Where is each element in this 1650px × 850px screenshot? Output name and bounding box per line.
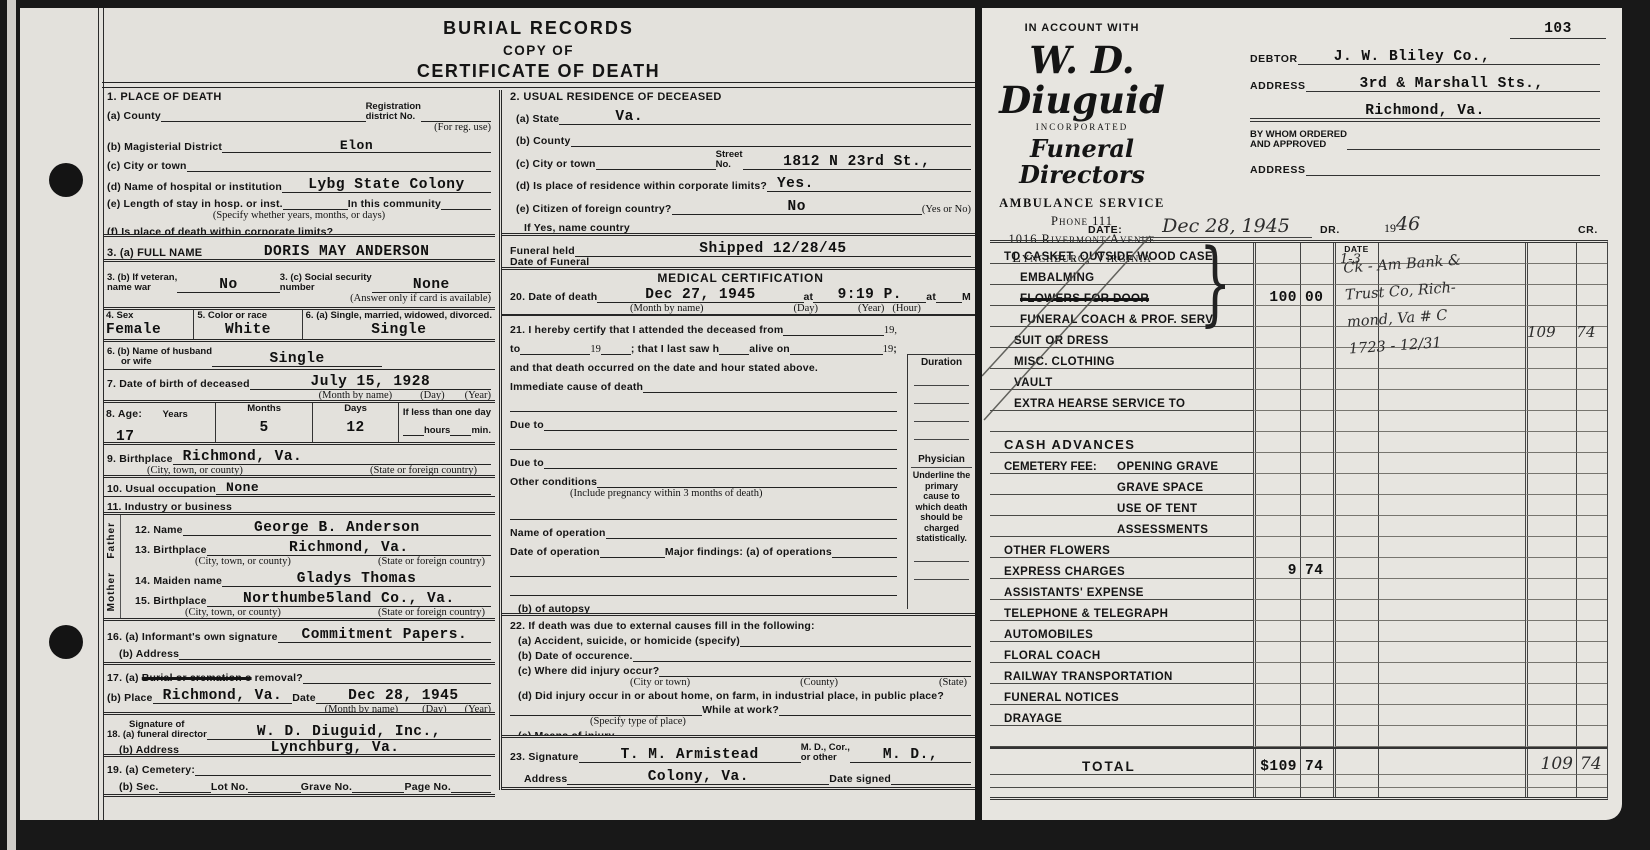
physician-signature-label: 23. Signature bbox=[510, 751, 579, 763]
age-months-value: 5 bbox=[219, 420, 309, 436]
ledger-page-number: 103 bbox=[1510, 18, 1606, 39]
casket-group-brace: } bbox=[1199, 237, 1231, 329]
ledger-table: TO CASKET, OUTSIDE WOOD CASE EMBALMING F… bbox=[990, 240, 1608, 800]
year-stub-3: 19 bbox=[883, 344, 894, 355]
ledger-row bbox=[990, 411, 1607, 432]
physician-sidebar: Duration Physician Underline the primary… bbox=[907, 354, 975, 609]
age-months-label: Months bbox=[219, 404, 309, 414]
death-occurred-label: and that death occurred on the date and … bbox=[510, 362, 818, 374]
date-of-death-label: 20. Date of death bbox=[510, 291, 597, 303]
father-name-value: George B. Anderson bbox=[254, 520, 420, 536]
section-certify: Duration Physician Underline the primary… bbox=[502, 316, 975, 616]
date-of-funeral-label: Date of Funeral bbox=[510, 256, 589, 268]
grave-no-label: Grave No. bbox=[301, 781, 352, 793]
removal-date-label: Date bbox=[292, 692, 316, 704]
ledger-row: AUTOMOBILES bbox=[990, 621, 1607, 642]
certificate-left-column: 1. PLACE OF DEATH (a) County Registratio… bbox=[103, 90, 495, 797]
while-at-work-label: While at work? bbox=[702, 704, 779, 716]
race-value: White bbox=[197, 322, 298, 338]
meridiem-label: M bbox=[962, 291, 971, 303]
occupation-label: 10. Usual occupation bbox=[107, 483, 216, 495]
informant-value: Commitment Papers. bbox=[302, 627, 468, 643]
ledger-row: DRAYAGE bbox=[990, 705, 1607, 726]
comma: , bbox=[894, 325, 897, 336]
state-label: (a) State bbox=[516, 113, 559, 125]
county-label: (a) County bbox=[107, 110, 161, 122]
section-removal: 17. (a) Burial or cremation o removal? (… bbox=[103, 665, 495, 715]
physician-note: Underline the primary cause to which dea… bbox=[911, 470, 972, 544]
informant-label: 16. (a) Informant's own signature bbox=[107, 631, 278, 643]
payment-handwritten-note: Ck - Am Bank & Trust Co, Rich- mond, Va … bbox=[1342, 243, 1539, 364]
alive-on-label: alive on bbox=[749, 343, 790, 355]
due-to-2-label: Due to bbox=[510, 457, 544, 469]
page-no-label: Page No. bbox=[404, 781, 451, 793]
husband-wife-label: 6. (b) Name of husbandor wife bbox=[107, 347, 212, 367]
physician-signature-value: T. M. Armistead bbox=[621, 747, 759, 763]
due-to-1-label: Due to bbox=[510, 419, 544, 431]
removal-label-prefix: 17. (a) bbox=[107, 672, 139, 684]
birthplace-value: Richmond, Va. bbox=[183, 449, 303, 465]
marital-label: 6. (a) Single, married, widowed, divorce… bbox=[306, 311, 492, 321]
ledger-row: RAILWAY TRANSPORTATION bbox=[990, 663, 1607, 684]
sex-cell: 4. Sex Female bbox=[103, 310, 193, 339]
dr-label: DR. bbox=[1320, 224, 1340, 236]
total-dr-cents: 74 bbox=[1305, 759, 1323, 775]
year-stub-1: 19 bbox=[884, 325, 895, 336]
debtor-label: DEBTOR bbox=[1250, 53, 1298, 65]
corporate-limits-label: (f) Is place of death within corporate l… bbox=[107, 226, 333, 237]
age-days-label: Days bbox=[316, 404, 395, 414]
ledger-row: FUNERAL NOTICES bbox=[990, 684, 1607, 705]
section-usual-residence: 2. USUAL RESIDENCE OF DECEASED (a) State… bbox=[502, 90, 975, 236]
hospital-label: (d) Name of hospital or institution bbox=[107, 181, 282, 193]
incorporated-label: INCORPORATED bbox=[984, 122, 1180, 132]
marital-value: Single bbox=[306, 322, 492, 338]
header-double-rule bbox=[102, 82, 975, 88]
mother-maiden-label: 14. Maiden name bbox=[135, 575, 222, 587]
to-label: to bbox=[510, 343, 520, 355]
section-informant: 16. (a) Informant's own signature Commit… bbox=[103, 621, 495, 665]
injury-caption-city: (City or town) bbox=[630, 677, 690, 688]
title-copy-of: COPY OF bbox=[102, 43, 975, 58]
sec-label: (b) Sec. bbox=[119, 781, 159, 793]
section-industry: 11. Industry or business bbox=[103, 497, 495, 515]
ledger-row: CEMETERY FEE:OPENING GRAVE bbox=[990, 453, 1607, 474]
ledger-filler-row bbox=[990, 788, 1607, 797]
parents-side-labels: Father Mother bbox=[103, 515, 121, 618]
section-birthplace: 9. Birthplace Richmond, Va. (City, town,… bbox=[103, 445, 495, 478]
date-label: DATE: bbox=[1088, 224, 1122, 236]
father-birthplace-label: 13. Birthplace bbox=[135, 544, 207, 556]
total-dr-dollars: $109 bbox=[1260, 759, 1297, 775]
date-of-death-value: Dec 27, 1945 bbox=[645, 287, 755, 303]
mother-bp-caption-state: (State or foreign country) bbox=[378, 607, 485, 618]
total-cr-dollars: 109 bbox=[1541, 754, 1573, 774]
ledger-row: EXTRA HEARSE SERVICE TO bbox=[990, 390, 1607, 411]
section-occupation: 10. Usual occupation None bbox=[103, 478, 495, 497]
certify-line1-label: 21. I hereby certify that I attended the… bbox=[510, 324, 783, 336]
res-corporate-limits-label: (d) Is place of residence within corpora… bbox=[516, 180, 767, 192]
removal-caption-month: (Month by name) bbox=[325, 704, 399, 715]
foreign-citizen-label: (e) Citizen of foreign country? bbox=[516, 203, 672, 215]
last-saw-label: ; that I last saw h bbox=[631, 343, 719, 355]
approver-address-label: ADDRESS bbox=[1250, 164, 1306, 176]
at-label-1: at bbox=[804, 291, 814, 303]
section-parents: Father Mother 12. Name George B. Anderso… bbox=[103, 515, 495, 621]
section-external-causes: 22. If death was due to external causes … bbox=[502, 616, 975, 738]
mother-birthplace-value: Northumbe5land Co., Va. bbox=[243, 591, 455, 607]
father-name-label: 12. Name bbox=[135, 524, 183, 536]
physician-address-value: Colony, Va. bbox=[648, 769, 749, 785]
birthplace-label: 9. Birthplace bbox=[107, 453, 173, 465]
for-reg-use-caption: (For reg. use) bbox=[434, 122, 491, 133]
ledger-row: USE OF TENT bbox=[990, 495, 1607, 516]
year-stub-2: 19 bbox=[590, 344, 601, 355]
firm-name-script: W. D. Diuguid bbox=[984, 40, 1180, 120]
removal-struck-text: Burial or cremation o bbox=[142, 672, 252, 684]
payment-cr-dollars: 109 bbox=[1527, 323, 1556, 341]
total-cr-cents: 74 bbox=[1580, 754, 1602, 774]
casket-group-dr-dollars: 100 bbox=[1269, 290, 1297, 306]
accident-label: (a) Accident, suicide, or homicide (spec… bbox=[518, 635, 740, 647]
dob-caption-month: (Month by name) bbox=[319, 390, 393, 402]
in-account-with-label: IN ACCOUNT WITH bbox=[984, 22, 1180, 34]
dob-value: July 15, 1928 bbox=[311, 374, 431, 390]
ledger-row: ASSESSMENTS bbox=[990, 516, 1607, 537]
punch-hole-bottom bbox=[49, 625, 83, 659]
operation-name-label: Name of operation bbox=[510, 527, 606, 539]
hospital-value: Lybg State Colony bbox=[308, 177, 464, 193]
pregnancy-caption: (Include pregnancy within 3 months of de… bbox=[570, 488, 762, 501]
industry-label: 11. Industry or business bbox=[107, 501, 232, 513]
race-label: 5. Color or race bbox=[197, 311, 298, 321]
punch-hole-top bbox=[49, 163, 83, 197]
removal-place-label: (b) Place bbox=[107, 692, 153, 704]
mother-maiden-value: Gladys Thomas bbox=[297, 571, 417, 587]
external-causes-heading: 22. If death was due to external causes … bbox=[510, 620, 815, 632]
express-dr-cents: 74 bbox=[1305, 563, 1323, 579]
section-veteran-ssn: 3. (b) If veteran,name war No 3. (c) Soc… bbox=[103, 262, 495, 310]
major-findings-label: Major findings: (a) of operations bbox=[665, 546, 832, 558]
dod-caption-year: (Year) bbox=[858, 303, 884, 315]
other-conditions-label: Other conditions bbox=[510, 476, 597, 488]
funeral-director-value: W. D. Diuguid, Inc., bbox=[257, 724, 441, 740]
funeral-director-address-value: Lynchburg, Va. bbox=[271, 740, 400, 756]
specify-years-caption: (Specify whether years, months, or days) bbox=[213, 210, 385, 222]
ledger-row: TELEPHONE & TELEGRAPH bbox=[990, 600, 1607, 621]
ssn-caption: (Answer only if card is available) bbox=[350, 293, 491, 306]
total-label: TOTAL bbox=[1082, 759, 1136, 774]
husband-wife-value: Single bbox=[269, 351, 324, 367]
at-label-2: at bbox=[926, 291, 936, 303]
mother-birthplace-label: 15. Birthplace bbox=[135, 595, 207, 607]
debtor-address-value1: 3rd & Marshall Sts., bbox=[1360, 76, 1544, 92]
md-value: M. D., bbox=[883, 747, 938, 763]
if-yes-country-label: If Yes, name country bbox=[524, 222, 630, 234]
operation-date-label: Date of operation bbox=[510, 546, 600, 558]
ledger-row bbox=[990, 726, 1607, 747]
ssn-label: 3. (c) Social securitynumber bbox=[280, 273, 372, 293]
sex-label: 4. Sex bbox=[106, 311, 190, 321]
registration-label: Registrationdistrict No. bbox=[366, 102, 421, 122]
state-value: Va. bbox=[615, 109, 643, 125]
section-medical-cert-head: MEDICAL CERTIFICATION 20. Date of death … bbox=[502, 270, 975, 316]
debtor-block: DEBTOR J. W. Bliley Co., ADDRESS 3rd & M… bbox=[1250, 48, 1600, 176]
by-whom-ordered-label: BY WHOM ORDEREDAND APPROVED bbox=[1250, 130, 1347, 150]
veteran-value: No bbox=[219, 277, 237, 293]
date-signed-label: Date signed bbox=[829, 773, 891, 785]
place-of-death-heading: 1. PLACE OF DEATH bbox=[107, 91, 491, 103]
section-cemetery: 19. (a) Cemetery: (b) Sec. Lot No. Grave… bbox=[103, 757, 495, 797]
funeral-directors-script: Funeral Directors bbox=[984, 136, 1180, 188]
ledger-total-row: TOTAL $109 74 109 74 bbox=[990, 747, 1607, 775]
funeral-director-address-label: (b) Address bbox=[119, 744, 179, 756]
physician-address-label: Address bbox=[524, 773, 567, 785]
section-place-of-death: 1. PLACE OF DEATH (a) County Registratio… bbox=[103, 90, 495, 237]
injury-place-label: (d) Did injury occur in or about home, o… bbox=[518, 690, 944, 702]
magisterial-district-value: Elon bbox=[340, 138, 373, 153]
removal-date-value: Dec 28, 1945 bbox=[348, 688, 458, 704]
certificate-right-column: 2. USUAL RESIDENCE OF DECEASED (a) State… bbox=[499, 90, 975, 790]
funeral-held-value: Shipped 12/28/45 bbox=[699, 241, 846, 257]
injury-where-label: (c) Where did injury occur? bbox=[518, 665, 659, 677]
length-of-stay-label: (e) Length of stay in hosp. or inst. bbox=[107, 198, 283, 210]
full-name-label: 3. (a) FULL NAME bbox=[107, 247, 202, 259]
min-label: min. bbox=[471, 426, 491, 436]
marital-cell: 6. (a) Single, married, widowed, divorce… bbox=[302, 310, 495, 339]
section-husband-wife: 6. (b) Name of husbandor wife Single bbox=[103, 342, 495, 370]
funeral-director-label: Signature of18. (a) funeral director bbox=[107, 720, 207, 740]
magisterial-district-label: (b) Magisterial District bbox=[107, 141, 222, 153]
section-physician-signature: 23. Signature T. M. Armistead M. D., Cor… bbox=[502, 738, 975, 790]
street-value: 1812 N 23rd St., bbox=[783, 154, 930, 170]
in-this-community-label: In this community bbox=[348, 198, 441, 210]
semicolon: ; bbox=[893, 343, 897, 355]
section-date-of-birth: 7. Date of birth of deceased July 15, 19… bbox=[103, 370, 495, 403]
age-label: 8. Age: bbox=[106, 408, 142, 420]
year-printed: 19 bbox=[1384, 221, 1396, 235]
section-full-name: 3. (a) FULL NAME DORIS MAY ANDERSON bbox=[103, 237, 495, 262]
ledger-row-cash-advances: CASH ADVANCES bbox=[990, 432, 1607, 453]
debtor-address-value2: Richmond, Va. bbox=[1365, 103, 1485, 119]
autopsy-label: (b) of autopsy bbox=[518, 603, 590, 615]
title-burial-records: BURIAL RECORDS bbox=[102, 18, 975, 39]
birthplace-caption-city: (City, town, or county) bbox=[147, 465, 243, 477]
father-birthplace-value: Richmond, Va. bbox=[289, 540, 409, 556]
hours-label: hours bbox=[424, 426, 450, 436]
debtor-value: J. W. Bliley Co., bbox=[1334, 49, 1490, 65]
ledger-filler-row bbox=[990, 775, 1607, 788]
payment-cr-cents: 74 bbox=[1576, 323, 1595, 341]
duration-label: Duration bbox=[911, 357, 972, 368]
year-handwritten: 46 bbox=[1396, 213, 1420, 235]
less-than-one-day-label: If less than one day bbox=[403, 408, 491, 418]
cr-label: CR. bbox=[1578, 224, 1598, 236]
express-dr-dollars: 9 bbox=[1288, 563, 1297, 579]
section-funeral-held: Funeral held Shipped 12/28/45 Date of Fu… bbox=[502, 236, 975, 270]
informant-address-label: (b) Address bbox=[119, 648, 179, 660]
lot-no-label: Lot No. bbox=[211, 781, 249, 793]
father-vertical-label: Father bbox=[106, 522, 117, 559]
cemetery-label: 19. (a) Cemetery: bbox=[107, 764, 195, 776]
birthplace-caption-state: (State or foreign country) bbox=[370, 465, 477, 477]
dod-caption-hour: (Hour) bbox=[892, 303, 921, 315]
specify-place-caption: (Specify type of place) bbox=[590, 716, 686, 727]
certificate-page: BURIAL RECORDS COPY OF CERTIFICATE OF DE… bbox=[20, 8, 975, 820]
occupation-value: None bbox=[226, 480, 259, 495]
removal-caption-year: (Year) bbox=[465, 704, 491, 715]
father-bp-caption-state: (State or foreign country) bbox=[378, 556, 485, 567]
occurrence-date-label: (b) Date of occurence. bbox=[518, 650, 633, 662]
section-age: 8. Age: Years 17 Months 5 Days 12 If les… bbox=[103, 403, 495, 445]
time-of-death-value: 9:19 P. bbox=[838, 287, 902, 303]
injury-caption-county: (County) bbox=[800, 677, 838, 688]
md-cor-label: M. D., Cor.,or other bbox=[801, 743, 850, 763]
usual-residence-heading: 2. USUAL RESIDENCE OF DECEASED bbox=[510, 91, 971, 103]
dob-caption-year: (Year) bbox=[465, 390, 491, 402]
ledger-row: GRAVE SPACE bbox=[990, 474, 1607, 495]
section-sex-race-marital: 4. Sex Female 5. Color or race White 6. … bbox=[103, 310, 495, 342]
removal-place-value: Richmond, Va. bbox=[163, 688, 283, 704]
foreign-citizen-value: No bbox=[788, 199, 806, 215]
injury-caption-state: (State) bbox=[939, 677, 967, 688]
veteran-label: 3. (b) If veteran,name war bbox=[107, 273, 177, 293]
father-bp-caption-city: (City, town, or county) bbox=[195, 556, 291, 567]
medical-certification-heading: MEDICAL CERTIFICATION bbox=[510, 271, 971, 285]
age-years-value: 17 bbox=[116, 429, 212, 445]
title-certificate-of-death: CERTIFICATE OF DEATH bbox=[102, 61, 975, 82]
dod-caption-day: (Day) bbox=[794, 303, 819, 315]
scanner-paper-edge bbox=[7, 0, 16, 850]
street-no-label: StreetNo. bbox=[716, 150, 743, 170]
section-funeral-director: Signature of18. (a) funeral director W. … bbox=[103, 715, 495, 757]
race-cell: 5. Color or race White bbox=[193, 310, 301, 339]
physician-label: Physician bbox=[911, 454, 972, 468]
age-years-label: Years bbox=[162, 409, 187, 420]
removal-caption-day: (Day) bbox=[422, 704, 447, 715]
ledger-date-row: DATE: Dec 28, 1945 DR. 1946 CR. bbox=[982, 214, 1612, 240]
city-or-town-label: (c) City or town bbox=[107, 160, 187, 172]
res-city-label: (c) City or town bbox=[516, 158, 596, 170]
removal-label: removal? bbox=[255, 672, 303, 684]
dob-caption-day: (Day) bbox=[420, 390, 445, 402]
dod-caption-month: (Month by name) bbox=[630, 303, 704, 315]
immediate-cause-label: Immediate cause of death bbox=[510, 381, 643, 393]
account-page: IN ACCOUNT WITH W. D. Diuguid INCORPORAT… bbox=[982, 8, 1622, 820]
mother-vertical-label: Mother bbox=[106, 572, 117, 611]
sex-value: Female bbox=[106, 322, 190, 338]
debtor-address-label: ADDRESS bbox=[1250, 80, 1306, 92]
res-county-label: (b) County bbox=[516, 135, 571, 147]
payment-cr-amount: 109 74 bbox=[1527, 323, 1596, 341]
ambulance-service-label: AMBULANCE SERVICE bbox=[984, 196, 1180, 211]
yes-or-no-caption: (Yes or No) bbox=[922, 204, 971, 215]
ledger-row: VAULT bbox=[990, 369, 1607, 390]
ledger-row: OTHER FLOWERS bbox=[990, 537, 1607, 558]
dob-label: 7. Date of birth of deceased bbox=[107, 378, 250, 390]
ledger-row: ASSISTANTS' EXPENSE bbox=[990, 579, 1607, 600]
full-name-value: DORIS MAY ANDERSON bbox=[264, 244, 430, 260]
res-corporate-limits-value: Yes. bbox=[777, 176, 814, 192]
means-of-injury-label: (e) Means of injury bbox=[518, 730, 615, 738]
ledger-row-express-charges: EXPRESS CHARGES974 bbox=[990, 558, 1607, 579]
casket-group-dr-cents: 00 bbox=[1305, 290, 1323, 306]
ssn-value: None bbox=[413, 277, 450, 293]
mother-bp-caption-city: (City, town, or county) bbox=[185, 607, 281, 618]
ledger-row: FLORAL COACH bbox=[990, 642, 1607, 663]
certificate-header: BURIAL RECORDS COPY OF CERTIFICATE OF DE… bbox=[102, 18, 975, 82]
age-days-value: 12 bbox=[316, 420, 395, 436]
